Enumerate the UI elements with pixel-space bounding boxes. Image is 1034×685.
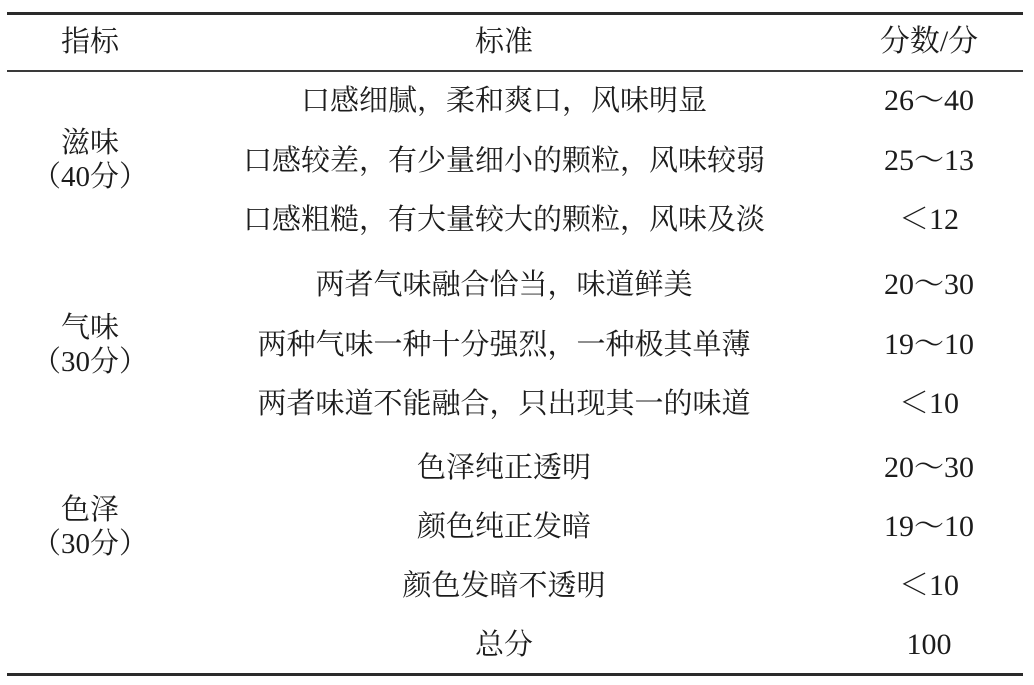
total-score: 100	[907, 628, 952, 662]
group-label-taste: 滋味 （40分）	[32, 126, 148, 194]
group-label-aroma: 气味 （30分）	[32, 311, 148, 379]
table-row-standard: 颜色纯正发暗	[417, 510, 591, 544]
table-row-score: 25～13	[884, 144, 974, 178]
group-max-points: （30分）	[32, 345, 148, 379]
table-row-score: 26～40	[884, 84, 974, 118]
table-row-score: ＜12	[899, 203, 959, 237]
table-row-standard: 两者味道不能融合，只出现其一的味道	[257, 387, 750, 421]
table-bottom-rule	[7, 673, 1023, 676]
table-row-standard: 两者气味融合恰当，味道鲜美	[315, 268, 692, 302]
header-standard: 标准	[475, 25, 533, 59]
group-max-points: （40分）	[32, 160, 148, 194]
table-row-score: ＜10	[899, 569, 959, 603]
group-indicator: 气味	[32, 311, 148, 345]
table-row-standard: 口感粗糙，有大量较大的颗粒，风味及淡	[243, 203, 765, 237]
table-row-standard: 口感较差，有少量细小的颗粒，风味较弱	[243, 144, 765, 178]
table-row-standard: 颜色发暗不透明	[402, 569, 605, 603]
group-max-points: （30分）	[32, 527, 148, 561]
group-label-color: 色泽 （30分）	[32, 493, 148, 561]
total-label: 总分	[475, 628, 533, 662]
group-indicator: 色泽	[32, 493, 148, 527]
table-row-score: ＜10	[899, 387, 959, 421]
header-score: 分数/分	[880, 25, 978, 59]
table-row-score: 19～10	[884, 510, 974, 544]
table-row-standard: 色泽纯正透明	[417, 451, 591, 485]
table-row-score: 19～10	[884, 328, 974, 362]
table-row-standard: 口感细腻，柔和爽口，风味明显	[301, 84, 707, 118]
table-row-score: 20～30	[884, 268, 974, 302]
table-row-standard: 两种气味一种十分强烈，一种极其单薄	[257, 328, 750, 362]
table-header-rule	[7, 70, 1023, 72]
header-indicator: 指标	[61, 25, 119, 59]
group-indicator: 滋味	[32, 126, 148, 160]
table-row-score: 20～30	[884, 451, 974, 485]
table-top-rule	[7, 12, 1023, 15]
